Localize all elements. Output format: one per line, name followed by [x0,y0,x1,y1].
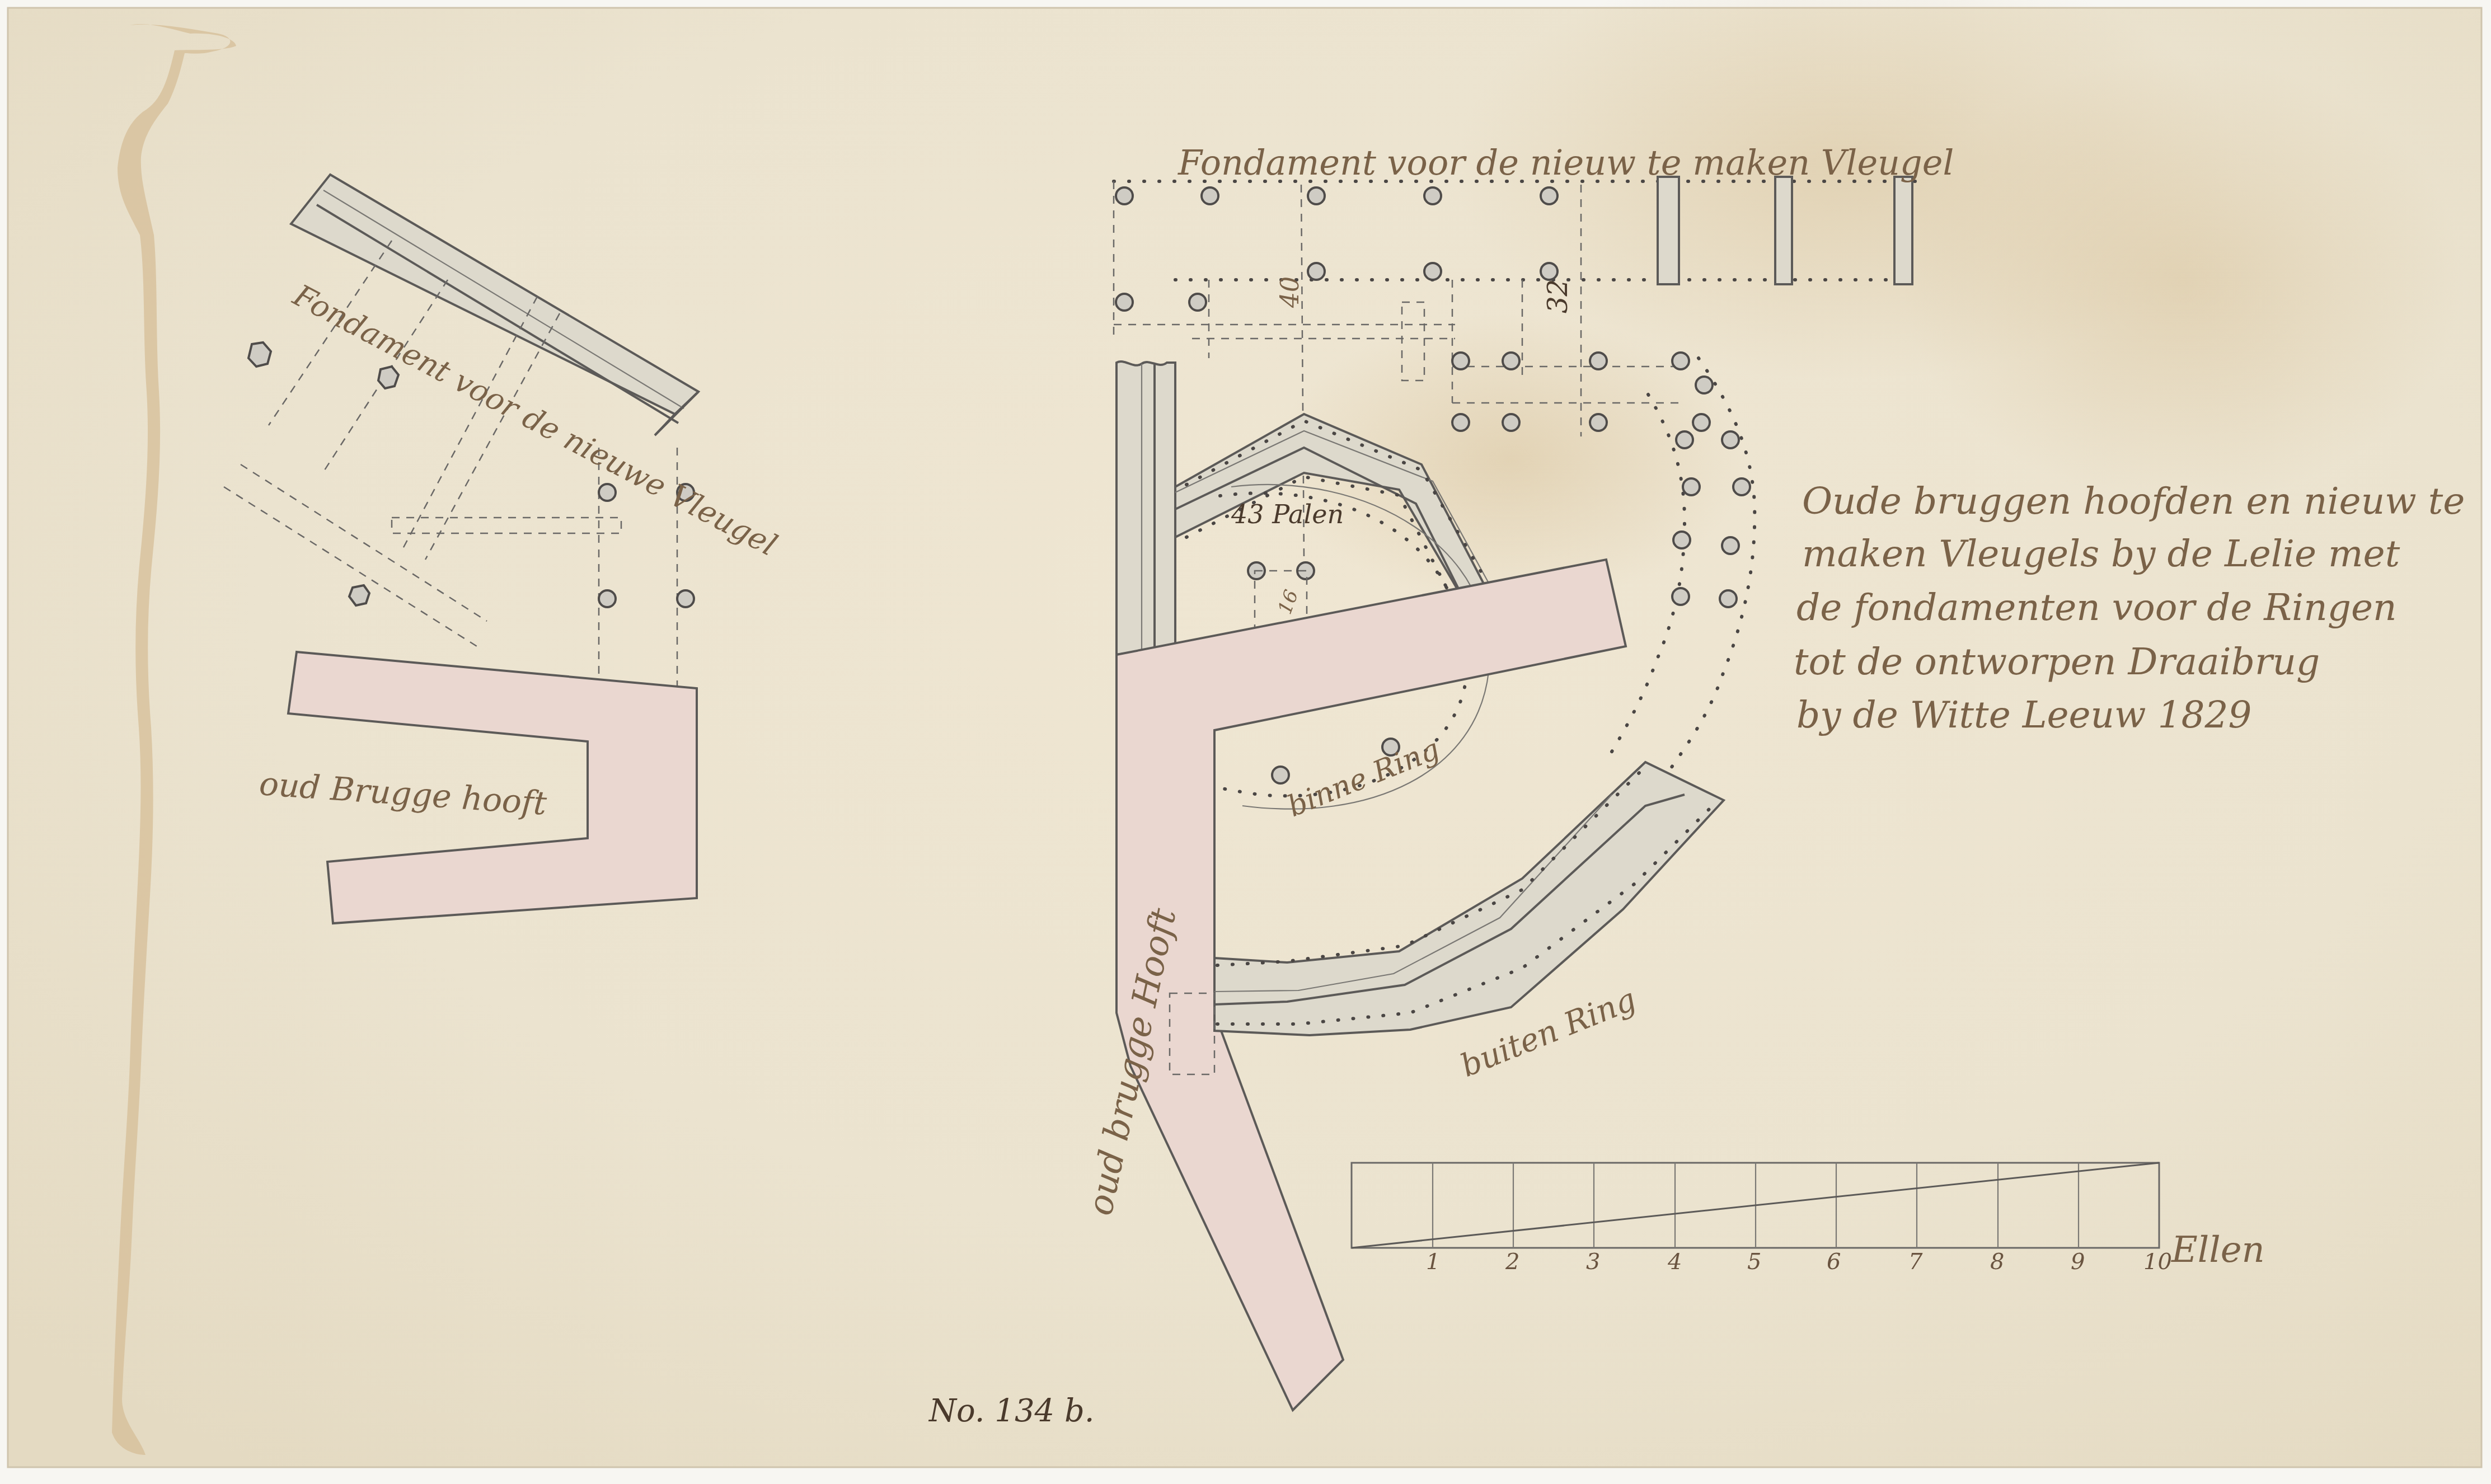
center-grey-wall [1117,361,1175,655]
wing-block-1 [1658,177,1679,284]
drawing-canvas: 1 2 3 4 5 6 7 8 9 10 Ellen Fondament voo… [0,0,2491,1484]
title-line-5: by de Witte Leeuw 1829 [1796,693,2252,736]
catalog-number: No. 134 b. [928,1393,1095,1429]
scale-tick-6: 6 [1827,1249,1841,1275]
label-dim-40: 40 [1276,276,1305,308]
wing-block-3 [1894,177,1912,284]
scale-tick-5: 5 [1747,1249,1761,1275]
title-line-1: Oude bruggen hoofden en nieuw te [1802,480,2465,523]
scale-tick-9: 9 [2071,1249,2085,1275]
title-line-3: de fondamenten voor de Ringen [1796,586,2396,629]
label-top-foundation: Fondament voor de nieuw te maken Vleugel [1178,142,1954,183]
scale-tick-8: 8 [1990,1249,2004,1275]
scale-tick-3: 3 [1586,1249,1600,1275]
scale-unit: Ellen [2171,1229,2265,1271]
wing-block-2 [1775,177,1792,284]
title-line-4: tot de ontworpen Draaibrug [1794,640,2320,683]
scale-tick-10: 10 [2143,1249,2172,1275]
title-line-2: maken Vleugels by de Lelie met [1802,532,2400,575]
label-piles-count: 43 Palen [1231,499,1344,529]
scale-tick-1: 1 [1426,1249,1440,1275]
scale-tick-7: 7 [1908,1249,1923,1275]
scale-tick-4: 4 [1667,1249,1682,1275]
label-dim-32: 32 [1542,279,1574,313]
scale-tick-2: 2 [1505,1249,1519,1275]
